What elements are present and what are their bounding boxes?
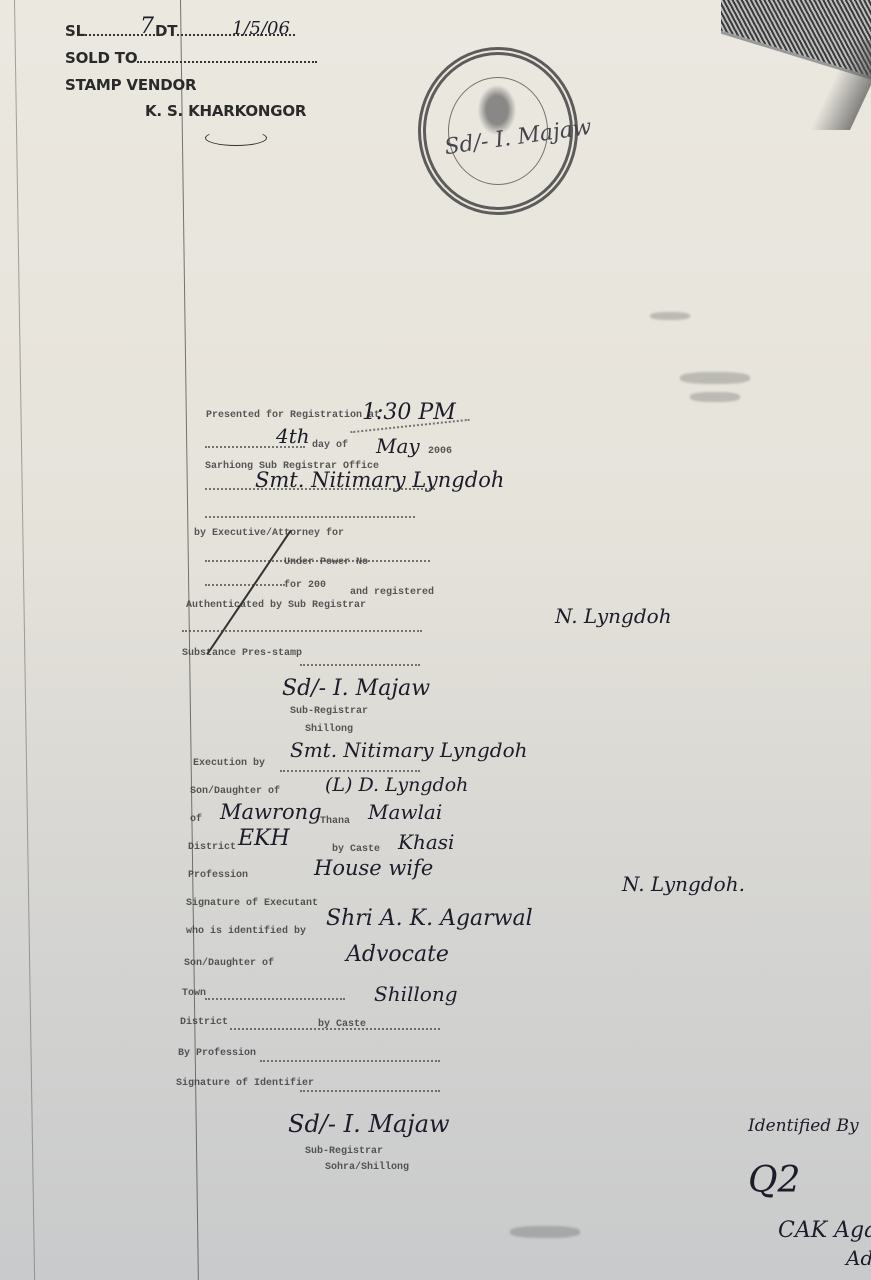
year-value: 2006	[428, 446, 452, 457]
sub-registrar-title-2: Sub-Registrar	[305, 1146, 383, 1157]
sold-to-line: SOLD TO	[65, 49, 317, 67]
vendor-name: K. S. KHARKONGOR	[145, 102, 306, 120]
district2-label: District	[180, 1017, 228, 1028]
scanned-deed-page: SLDT SOLD TO STAMP VENDOR K. S. KHARKONG…	[0, 0, 871, 1280]
caste-label: by Caste	[332, 844, 380, 855]
faint-text-smudge	[650, 312, 690, 320]
presented-label: Presented for Registration at	[206, 410, 380, 421]
sl-label: SL	[65, 22, 85, 40]
handwritten-serial: 7	[140, 14, 154, 39]
identified-by-subtitle: Ad	[846, 1246, 871, 1270]
blank-dotline-1	[205, 516, 415, 518]
thana-value: Mawlai	[368, 800, 442, 824]
parent-label: Son/Daughter of	[190, 786, 280, 797]
identifier-profession-label: Son/Daughter of	[184, 958, 274, 969]
sold-to-dots	[137, 49, 317, 63]
district-label: District	[188, 842, 236, 853]
vendor-initial-flourish	[205, 130, 267, 146]
profession-value: House wife	[314, 856, 433, 880]
sub-registrar-place-1: Shillong	[305, 724, 353, 735]
presenter-name: Smt. Nitimary Lyngdoh	[255, 468, 504, 492]
day-value: 4th	[276, 424, 310, 448]
sub-registrar-signature-2: Sd/- I. Majaw	[288, 1110, 450, 1138]
sold-to-label: SOLD TO	[65, 49, 137, 67]
registered-label: and registered	[350, 587, 434, 598]
curled-stamp-corner	[721, 0, 871, 130]
of-label: of	[190, 814, 202, 825]
town-value: Shillong	[374, 982, 458, 1006]
profession2-dotline	[260, 1060, 440, 1062]
profession2-label: By Profession	[178, 1048, 256, 1059]
execution-dotline	[280, 770, 420, 772]
caste-value: Khasi	[398, 830, 454, 854]
identifier-profession: Advocate	[346, 942, 449, 967]
thana-label: Thana	[320, 816, 350, 827]
presence-dotline	[300, 664, 420, 666]
execution-label: Execution by	[193, 758, 265, 769]
identifier-sig-dotline	[300, 1090, 440, 1092]
town-label: Town	[182, 988, 206, 999]
left-edge-line	[14, 0, 35, 1280]
margin-signature-upper: N. Lyngdoh	[555, 604, 672, 628]
sub-registrar-title-1: Sub-Registrar	[290, 706, 368, 717]
district-value: EKH	[238, 826, 290, 851]
handwritten-date: 1/5/06	[232, 18, 290, 39]
district2-dotline	[230, 1028, 440, 1030]
blank-dotline-2	[182, 630, 422, 632]
month-value: May	[376, 434, 420, 458]
parent-name: (L) D. Lyngdoh	[325, 774, 468, 796]
fee-label: for 200	[284, 580, 326, 591]
signature-identifier-label: Signature of Identifier	[176, 1078, 314, 1089]
identified-by-name: CAK Agarwal	[778, 1218, 871, 1243]
signature-executant-label: Signature of Executant	[186, 898, 318, 909]
power-label: Under Power No	[284, 557, 368, 568]
fee-dotline	[205, 584, 285, 586]
strike-through-line	[206, 530, 291, 655]
faint-text-smudge	[680, 372, 750, 384]
office-seal-stamp: Sd/- I. Majaw	[418, 47, 578, 215]
margin-signature-middle: N. Lyngdoh.	[622, 872, 745, 896]
executant-name: Smt. Nitimary Lyngdoh	[290, 738, 528, 762]
identified-by-label: Identified By	[748, 1116, 859, 1136]
executant-label: by Executive/Attorney for	[194, 528, 344, 539]
identifier-name: Shri A. K. Agarwal	[326, 906, 533, 931]
sub-registrar-place-2: Sohra/Shillong	[325, 1162, 409, 1173]
village-value: Mawrong	[220, 800, 322, 824]
identifier-initial-flourish: Q2	[748, 1160, 800, 1201]
presence-label: Substance Pres-stamp	[182, 648, 302, 659]
town-dotline	[205, 998, 345, 1000]
sub-registrar-signature-1: Sd/- I. Majaw	[282, 676, 430, 701]
identified-label: who is identified by	[186, 926, 306, 937]
presented-time: 1:30 PM	[362, 400, 456, 425]
dt-label: DT	[155, 22, 177, 40]
day-of-label: day of	[312, 440, 348, 451]
profession-label: Profession	[188, 870, 248, 881]
faint-text-smudge	[690, 392, 740, 402]
vendor-heading: STAMP VENDOR	[65, 76, 196, 94]
faint-text-smudge	[510, 1226, 580, 1238]
authenticated-label: Authenticated by Sub Registrar	[186, 600, 366, 611]
